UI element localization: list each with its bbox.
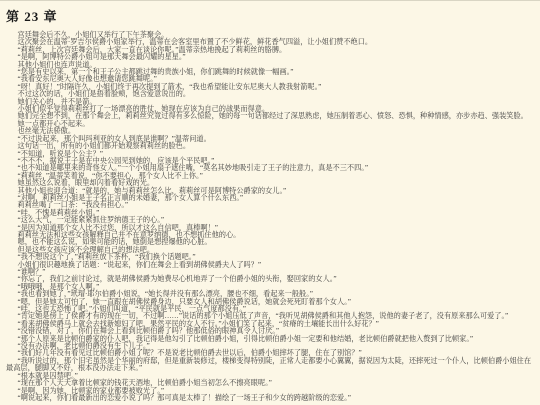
- document-page: 第 23 章 宫廷舞会后不久，小姐们又举行了下午茶聚会。这次聚会在温蒂·罗吉尔侯…: [0, 0, 540, 405]
- paragraph: 她一点都开心不起来。: [6, 121, 534, 128]
- paragraph: 小姐们很识趣地换了话题：“说起来，你们在舞会上看到胡佛侯爵夫人了吗？”: [6, 262, 534, 269]
- paragraph: “啊说起来，你们看最新出的恋爱小说了吗？那可真是太棒了！描绘了一场王子和少女的跨…: [6, 395, 534, 402]
- chapter-title: 第 23 章: [6, 6, 534, 25]
- paragraph: “我听说过的，那个旧宅虽然是个华丽的府邸，但是重新装修过，楼梯变得特别陡，正常人…: [6, 358, 534, 373]
- chapter-body: 宫廷舞会后不久，小姐们又举行了下午茶聚会。这次聚会在温蒂·罗吉尔侯爵小姐家举行，…: [6, 32, 534, 402]
